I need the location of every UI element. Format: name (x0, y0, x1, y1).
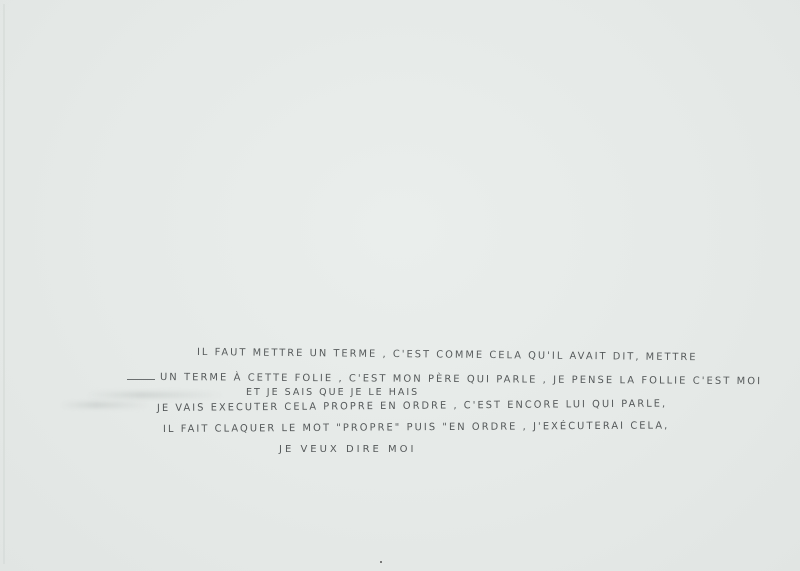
leading-dash (127, 379, 155, 380)
text-line-6: JE VEUX DIRE MOI (279, 444, 417, 455)
paper-edge (3, 4, 5, 564)
erased-smudge (85, 392, 225, 398)
text-line-3: ET JE SAIS QUE JE LE HAIS (246, 387, 419, 398)
pencil-mark (380, 561, 382, 563)
paper-sheet (0, 0, 800, 571)
erased-smudge (60, 402, 150, 408)
